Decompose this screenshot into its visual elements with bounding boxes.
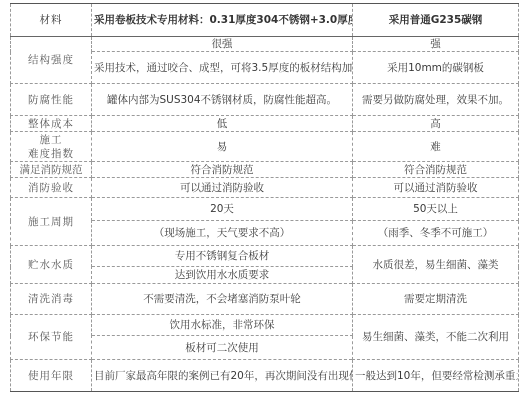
fire-acceptance-b: 可以通过消防验收 bbox=[353, 178, 519, 198]
cost-a: 低 bbox=[92, 116, 353, 132]
anticorrosion-a: 罐体内部为SUS304不锈钢材质，防腐性能超高。 bbox=[92, 84, 353, 116]
difficulty-a: 易 bbox=[92, 132, 353, 162]
comparison-table: 材料 采用卷板技术专用材料：0.31厚度304不锈钢+3.0厚度SGH340热镀… bbox=[10, 3, 519, 392]
row-label-cost: 整体成本 bbox=[11, 116, 92, 132]
table-row-structure: 结构强度 很强 强 bbox=[11, 37, 519, 52]
table-row-fire-acceptance: 消防验收 可以通过消防验收 可以通过消防验收 bbox=[11, 178, 519, 198]
header-label: 材料 bbox=[11, 4, 92, 37]
difficulty-b: 难 bbox=[353, 132, 519, 162]
fire-code-a: 符合消防规范 bbox=[92, 162, 353, 178]
table-row-fire-code: 满足消防规范 符合消防规范 符合消防规范 bbox=[11, 162, 519, 178]
water-quality-a-line2: 达到饮用水水质要求 bbox=[92, 267, 353, 284]
environment-a-line2: 板材可二次使用 bbox=[92, 336, 353, 360]
table-row-lifespan: 使用年限 目前厂家最高年限的案例已有20年，再次期间没有出现任何问题 一般达到1… bbox=[11, 360, 519, 392]
table-row-cost: 整体成本 低 高 bbox=[11, 116, 519, 132]
lifespan-a: 目前厂家最高年限的案例已有20年，再次期间没有出现任何问题 bbox=[92, 360, 353, 392]
row-label-period: 施工周期 bbox=[11, 198, 92, 246]
structure-a-detail: 采用技术，通过咬合、成型，可将3.5厚度的板材结构加强5倍于普通碳钢板的强度。 bbox=[92, 52, 353, 84]
anticorrosion-b: 需要另做防腐处理，效果不加。 bbox=[353, 84, 519, 116]
row-label-water-quality: 贮水水质 bbox=[11, 246, 92, 284]
row-label-difficulty: 施工 难度指数 bbox=[11, 132, 92, 162]
environment-b: 易生细菌、藻类，不能二次利用 bbox=[353, 315, 519, 360]
structure-a-rating: 很强 bbox=[92, 37, 353, 52]
period-a-days: 20天 bbox=[92, 198, 353, 221]
period-b-note: （雨季、冬季不可施工） bbox=[353, 221, 519, 246]
row-label-anticorrosion: 防腐性能 bbox=[11, 84, 92, 116]
difficulty-label-line1: 施工 bbox=[13, 133, 89, 147]
table-row-anticorrosion: 防腐性能 罐体内部为SUS304不锈钢材质，防腐性能超高。 需要另做防腐处理，效… bbox=[11, 84, 519, 116]
header-row: 材料 采用卷板技术专用材料：0.31厚度304不锈钢+3.0厚度SGH340热镀… bbox=[11, 4, 519, 37]
structure-b-rating: 强 bbox=[353, 37, 519, 52]
table-row-environment: 环保节能 饮用水标准，非常环保 易生细菌、藻类，不能二次利用 bbox=[11, 315, 519, 336]
row-label-fire-code: 满足消防规范 bbox=[11, 162, 92, 178]
lifespan-b: 一般达到10年，但要经常检测承重力，要经常维护，保养 bbox=[353, 360, 519, 392]
header-option-a: 采用卷板技术专用材料：0.31厚度304不锈钢+3.0厚度SGH340热镀锌钢板… bbox=[92, 4, 353, 37]
table-row-water-quality: 贮水水质 专用不锈钢复合板材 水质很差，易生细菌、藻类 bbox=[11, 246, 519, 267]
row-label-structure: 结构强度 bbox=[11, 37, 92, 84]
structure-b-detail: 采用10mm的碳钢板 bbox=[353, 52, 519, 84]
row-label-lifespan: 使用年限 bbox=[11, 360, 92, 392]
period-b-days: 50天以上 bbox=[353, 198, 519, 221]
table-row-cleaning: 清洗消毒 不需要清洗，不会堵塞消防泵叶轮 需要定期清洗 bbox=[11, 284, 519, 315]
cleaning-b: 需要定期清洗 bbox=[353, 284, 519, 315]
period-a-note: （现场施工，天气要求不高） bbox=[92, 221, 353, 246]
cost-b: 高 bbox=[353, 116, 519, 132]
row-label-environment: 环保节能 bbox=[11, 315, 92, 360]
difficulty-label-line2: 难度指数 bbox=[13, 147, 89, 161]
environment-a-line1: 饮用水标准，非常环保 bbox=[92, 315, 353, 336]
fire-code-b: 符合消防规范 bbox=[353, 162, 519, 178]
row-label-cleaning: 清洗消毒 bbox=[11, 284, 92, 315]
header-option-b: 采用普通G235碳钢 bbox=[353, 4, 519, 37]
water-quality-a-line1: 专用不锈钢复合板材 bbox=[92, 246, 353, 267]
table-row-difficulty: 施工 难度指数 易 难 bbox=[11, 132, 519, 162]
table-row-period: 施工周期 20天 50天以上 bbox=[11, 198, 519, 221]
row-label-fire-acceptance: 消防验收 bbox=[11, 178, 92, 198]
cleaning-a: 不需要清洗，不会堵塞消防泵叶轮 bbox=[92, 284, 353, 315]
fire-acceptance-a: 可以通过消防验收 bbox=[92, 178, 353, 198]
water-quality-b: 水质很差，易生细菌、藻类 bbox=[353, 246, 519, 284]
